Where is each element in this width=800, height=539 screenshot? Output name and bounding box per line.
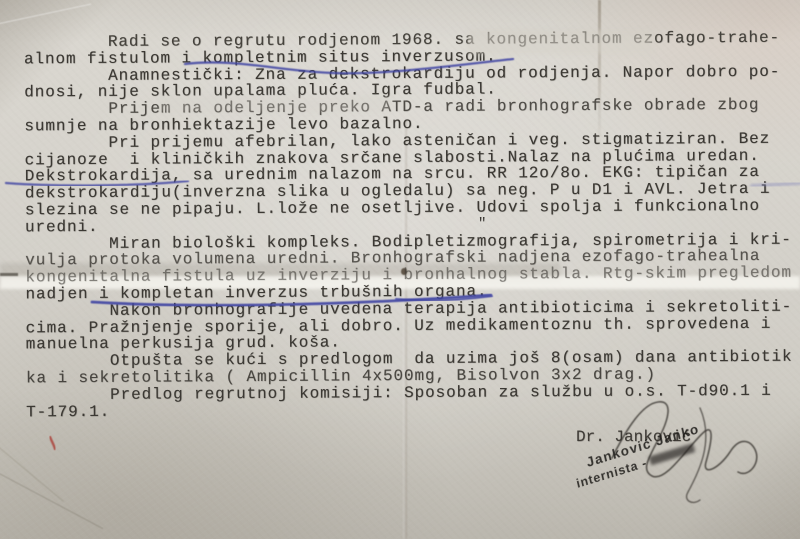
red-pen-tick <box>50 437 55 449</box>
ink-fade-patch <box>468 30 653 54</box>
corner-crease <box>0 443 64 502</box>
document-photo: Radi se o regrutu rodjenom 1968. sa kong… <box>0 0 800 539</box>
paper-sheet: Radi se o regrutu rodjenom 1968. sa kong… <box>0 0 800 539</box>
stray-typed-mark: " <box>478 216 486 232</box>
typed-text-block: Radi se o regrutu rodjenom 1968. sa kong… <box>24 30 800 421</box>
corner-crease <box>0 4 91 26</box>
left-margin-mark <box>0 273 18 276</box>
ink-fade-patch <box>160 96 390 112</box>
corner-crease <box>0 472 103 529</box>
